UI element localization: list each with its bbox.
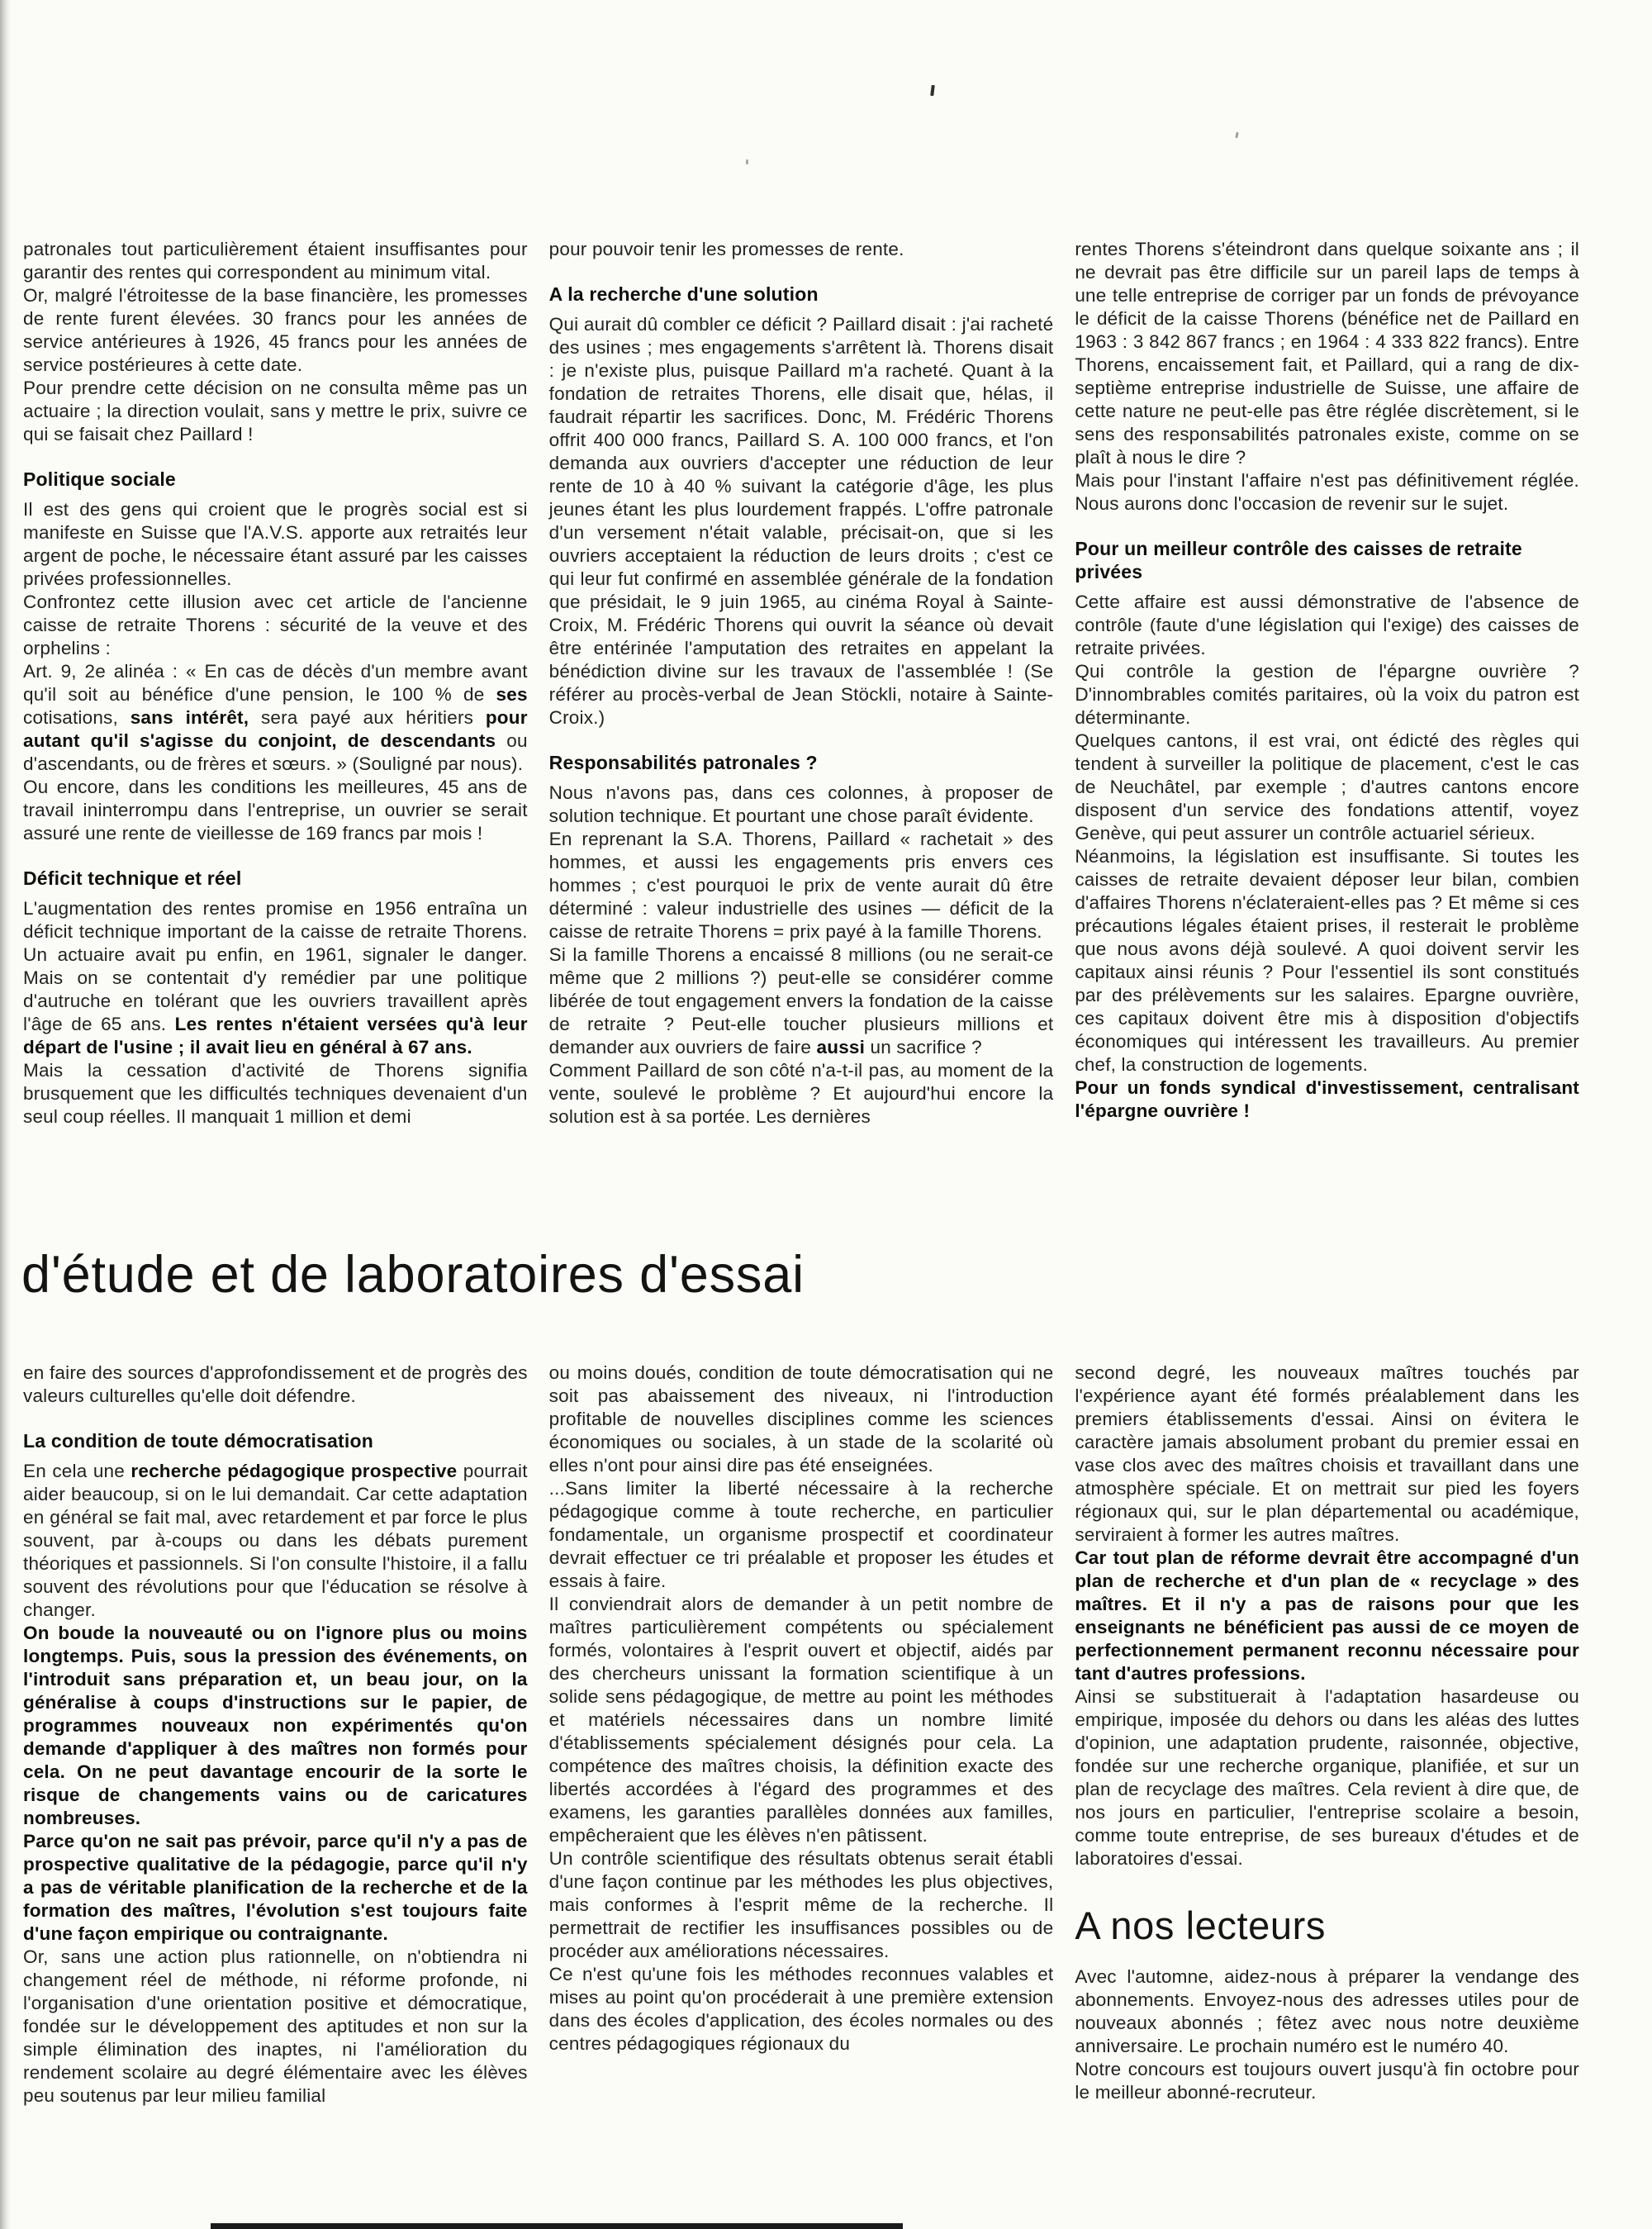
paragraph: ou moins doués, condition de toute démoc… (549, 1362, 1054, 1477)
paragraph: Or, sans une action plus rationnelle, on… (23, 1946, 528, 2108)
paragraph: patronales tout particulièrement étaient… (23, 238, 528, 284)
section-subheading: A la recherche d'une solution (549, 283, 1054, 306)
section-subheading: Pour un meilleur contrôle des caisses de… (1075, 537, 1579, 583)
paragraph: Il est des gens qui croient que le progr… (23, 498, 528, 591)
paragraph: On boude la nouveauté ou on l'ignore plu… (23, 1622, 528, 1830)
paragraph: en faire des sources d'approfondissement… (23, 1362, 528, 1408)
paragraph: Cette affaire est aussi démonstrative de… (1075, 591, 1579, 660)
bottom-article-columns: en faire des sources d'approfondissement… (23, 1362, 1579, 2198)
paragraph: pour pouvoir tenir les promesses de rent… (549, 238, 1054, 261)
paragraph: second degré, les nouveaux maîtres touch… (1075, 1362, 1579, 1547)
section-title: A nos lecteurs (1075, 1905, 1579, 1946)
paragraph: Pour prendre cette décision on ne consul… (23, 377, 528, 446)
section-subheading: Responsabilités patronales ? (549, 751, 1054, 774)
paragraph: Notre concours est toujours ouvert jusqu… (1075, 2058, 1579, 2104)
paragraph: Ou encore, dans les conditions les meill… (23, 776, 528, 845)
top-column-3: rentes Thorens s'éteindront dans quelque… (1075, 238, 1579, 1239)
paragraph: Pour un fonds syndical d'investissement,… (1075, 1076, 1579, 1123)
bottom-column-2: ou moins doués, condition de toute démoc… (549, 1362, 1054, 2198)
paragraph: ...Sans limiter la liberté nécessaire à … (549, 1477, 1054, 1593)
paragraph: Car tout plan de réforme devrait être ac… (1075, 1547, 1579, 1685)
top-column-2: pour pouvoir tenir les promesses de rent… (549, 238, 1054, 1239)
scan-artifact (1235, 132, 1238, 138)
section-subheading: La condition de toute démocratisation (23, 1429, 528, 1452)
paragraph: L'augmentation des rentes promise en 195… (23, 897, 528, 1059)
paragraph: Il conviendrait alors de demander à un p… (549, 1593, 1054, 1847)
paragraph: Ainsi se substituerait à l'adaptation ha… (1075, 1685, 1579, 1870)
paragraph: Or, malgré l'étroitesse de la base finan… (23, 284, 528, 377)
paragraph: Un contrôle scientifique des résultats o… (549, 1847, 1054, 1963)
paragraph: Qui contrôle la gestion de l'épargne ouv… (1075, 660, 1579, 730)
paragraph: Si la famille Thorens a encaissé 8 milli… (549, 943, 1054, 1059)
paragraph: En reprenant la S.A. Thorens, Paillard «… (549, 828, 1054, 943)
top-article-columns: patronales tout particulièrement étaient… (23, 238, 1579, 1239)
scan-artifact (930, 85, 935, 96)
paragraph: Parce qu'on ne sait pas prévoir, parce q… (23, 1830, 528, 1946)
bottom-column-1: en faire des sources d'approfondissement… (23, 1362, 528, 2198)
paragraph: Ce n'est qu'une fois les méthodes reconn… (549, 1963, 1054, 2056)
paragraph: Confrontez cette illusion avec cet artic… (23, 591, 528, 660)
scan-bottom-bar (211, 2223, 903, 2229)
scan-edge (0, 0, 11, 2229)
section-subheading: Déficit technique et réel (23, 867, 528, 890)
paragraph: Avec l'automne, aidez-nous à préparer la… (1075, 1965, 1579, 2058)
paragraph: Comment Paillard de son côté n'a-t-il pa… (549, 1059, 1054, 1129)
paragraph: Mais pour l'instant l'affaire n'est pas … (1075, 469, 1579, 516)
top-column-1: patronales tout particulièrement étaient… (23, 238, 528, 1239)
bottom-column-3: second degré, les nouveaux maîtres touch… (1075, 1362, 1579, 2198)
paragraph: Quelques cantons, il est vrai, ont édict… (1075, 730, 1579, 845)
paragraph: Mais la cessation d'activité de Thorens … (23, 1059, 528, 1129)
section-subheading: Politique sociale (23, 468, 528, 491)
paragraph: Nous n'avons pas, dans ces colonnes, à p… (549, 782, 1054, 828)
article-headline: d'étude et de laboratoires d'essai (21, 1249, 805, 1301)
paragraph: Néanmoins, la législation est insuffisan… (1075, 845, 1579, 1076)
paragraph: Qui aurait dû combler ce déficit ? Paill… (549, 313, 1054, 730)
scan-artifact (746, 159, 748, 164)
paragraph: En cela une recherche pédagogique prospe… (23, 1460, 528, 1622)
paragraph: Art. 9, 2e alinéa : « En cas de décès d'… (23, 660, 528, 776)
paragraph: rentes Thorens s'éteindront dans quelque… (1075, 238, 1579, 469)
